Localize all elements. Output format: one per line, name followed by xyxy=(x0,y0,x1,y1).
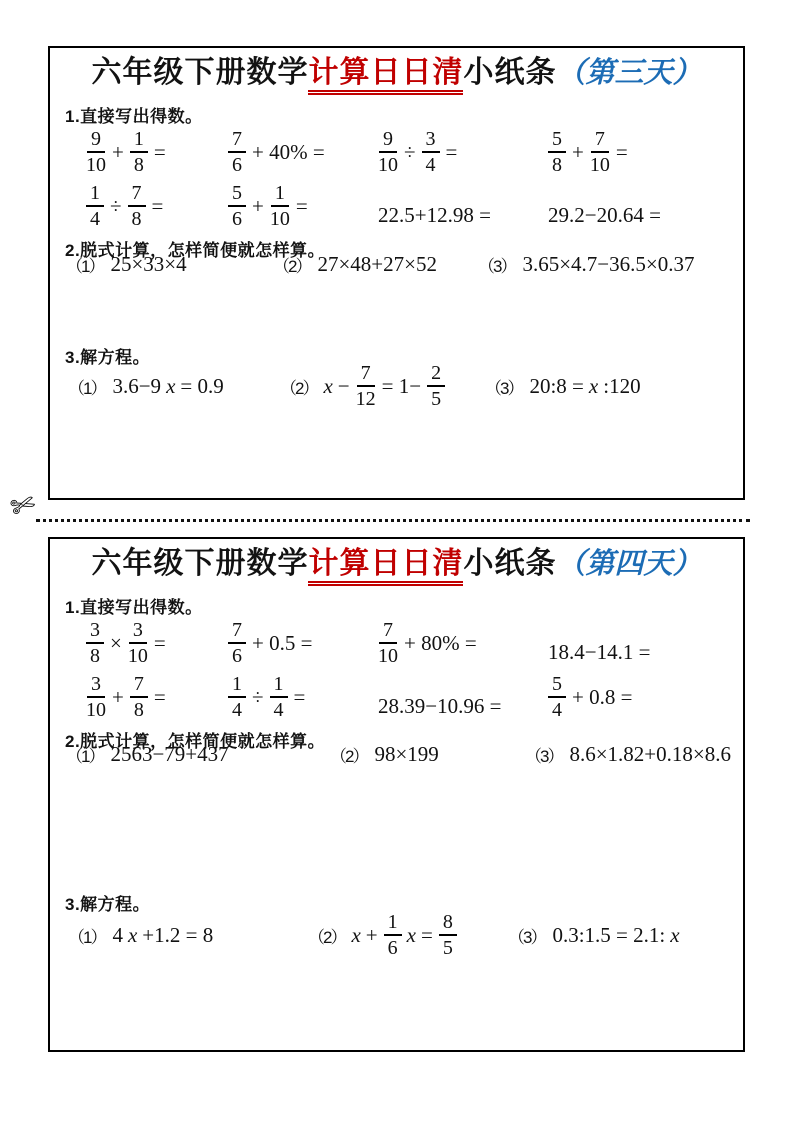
fraction-numerator: 9 xyxy=(379,128,397,153)
math-variable: x xyxy=(670,923,679,948)
title-highlight: 计算日日清 xyxy=(308,56,463,95)
math-text: :120 xyxy=(603,374,640,399)
fraction: 710 xyxy=(590,128,610,177)
fraction-denominator: 4 xyxy=(90,207,100,230)
oral-calc-row: 310+78=14÷14=28.39−10.96 =54+ 0.8 = xyxy=(83,670,739,724)
math-expression: 3.65×4.7−36.5×0.37 xyxy=(519,252,697,277)
math-text: = xyxy=(294,685,306,710)
oral-calc-item: 76+ 0.5 = xyxy=(225,619,375,668)
fraction: 910 xyxy=(378,128,398,177)
math-text: = xyxy=(154,140,166,165)
math-text: + xyxy=(366,923,378,948)
section1-label: 1.直接写出得数。 xyxy=(65,102,203,127)
numbered-problem: （1）2563−79+437 xyxy=(66,742,330,767)
math-text: + 0.8 = xyxy=(572,685,632,710)
problem-number: （2） xyxy=(330,742,367,767)
fraction-denominator: 10 xyxy=(378,153,398,176)
math-text: = xyxy=(154,631,166,656)
fraction-numerator: 3 xyxy=(87,673,105,698)
fraction: 18 xyxy=(130,128,148,177)
fraction-denominator: 10 xyxy=(128,644,148,667)
math-text: 8.6×1.82+0.18×8.6 xyxy=(569,742,731,767)
fraction: 310 xyxy=(128,619,148,668)
fraction-numerator: 1 xyxy=(271,182,289,207)
math-text: 29.2−20.64 = xyxy=(548,203,661,228)
fraction-denominator: 4 xyxy=(274,698,284,721)
math-expression: 910+18= xyxy=(83,128,169,177)
math-text: ÷ xyxy=(110,194,122,219)
fraction-numerator: 3 xyxy=(129,619,147,644)
math-text: = 1− xyxy=(382,374,421,399)
math-text: 0.3:1.5 = 2.1: xyxy=(552,923,665,948)
fraction-numerator: 8 xyxy=(439,911,457,936)
oral-calc-item: 710+ 80% = xyxy=(375,619,545,668)
problem-number: （3） xyxy=(478,252,515,277)
math-text: 25×33×4 xyxy=(110,252,186,277)
oral-calc-item: 22.5+12.98 = xyxy=(375,203,545,233)
numbered-problem: （1）25×33×4 xyxy=(66,252,273,277)
worksheet-title: 六年级下册数学计算日日清小纸条（第四天） xyxy=(50,546,743,582)
title-prefix: 六年级下册数学 xyxy=(91,547,308,580)
oral-calc-row: 910+18=76+ 40% =910÷34=58+710= xyxy=(83,125,739,179)
math-expression: 18.4−14.1 = xyxy=(545,640,653,665)
fraction-denominator: 10 xyxy=(378,644,398,667)
title-suffix: 小纸条 xyxy=(463,56,556,89)
fraction-denominator: 4 xyxy=(426,153,436,176)
math-text: = xyxy=(154,685,166,710)
fraction-numerator: 9 xyxy=(87,128,105,153)
fraction-denominator: 8 xyxy=(134,698,144,721)
fraction: 310 xyxy=(86,673,106,722)
math-text: + 0.5 = xyxy=(252,631,312,656)
math-expression: 20:8 =x:120 xyxy=(526,374,643,399)
title-day-label: （第四天） xyxy=(556,548,701,580)
fraction-denominator: 10 xyxy=(86,698,106,721)
written-calc-problems: （1）2563−79+437（2）98×199（3）8.6×1.82+0.18×… xyxy=(66,742,739,767)
oral-calc-item: 14÷78= xyxy=(83,182,225,231)
fraction: 14 xyxy=(270,673,288,722)
math-text: × xyxy=(110,631,122,656)
oral-calc-item: 76+ 40% = xyxy=(225,128,375,177)
math-text: ÷ xyxy=(404,140,416,165)
fraction-numerator: 7 xyxy=(128,182,146,207)
fraction-numerator: 7 xyxy=(379,619,397,644)
fraction-denominator: 10 xyxy=(86,153,106,176)
fraction-numerator: 3 xyxy=(86,619,104,644)
fraction-numerator: 5 xyxy=(548,128,566,153)
fraction-numerator: 5 xyxy=(228,182,246,207)
problem-number: （1） xyxy=(66,252,103,277)
math-expression: 54+ 0.8 = xyxy=(545,673,635,722)
numbered-problem: （3）3.65×4.7−36.5×0.37 xyxy=(478,252,739,277)
math-text: + xyxy=(112,140,124,165)
oral-calc-item: 14÷14= xyxy=(225,673,375,722)
math-variable: x xyxy=(589,374,598,399)
fraction-numerator: 7 xyxy=(130,673,148,698)
problem-number: （3） xyxy=(525,742,562,767)
math-expression: 14÷14= xyxy=(225,673,308,722)
math-text: + 80% = xyxy=(404,631,477,656)
problem-number: （3） xyxy=(508,923,545,948)
fraction: 85 xyxy=(439,911,457,960)
numbered-problem: （2）x−712= 1−25 xyxy=(280,362,485,411)
fraction: 34 xyxy=(422,128,440,177)
fraction: 54 xyxy=(548,673,566,722)
math-text: 2563−79+437 xyxy=(110,742,228,767)
math-variable: x xyxy=(407,923,416,948)
fraction: 712 xyxy=(356,362,376,411)
fraction-denominator: 10 xyxy=(270,207,290,230)
fraction-numerator: 7 xyxy=(228,128,246,153)
math-text: = xyxy=(446,140,458,165)
fraction-numerator: 7 xyxy=(228,619,246,644)
problem-number: （1） xyxy=(66,742,103,767)
worksheet-title: 六年级下册数学计算日日清小纸条（第三天） xyxy=(50,55,743,91)
oral-calc-item: 28.39−10.96 = xyxy=(375,694,545,724)
math-expression: 76+ 40% = xyxy=(225,128,328,177)
fraction-denominator: 4 xyxy=(552,698,562,721)
numbered-problem: （3）20:8 =x:120 xyxy=(485,374,739,399)
title-suffix: 小纸条 xyxy=(463,547,556,580)
math-text: + xyxy=(572,140,584,165)
fraction-denominator: 6 xyxy=(232,644,242,667)
oral-calc-item: 58+710= xyxy=(545,128,739,177)
section1-label: 1.直接写出得数。 xyxy=(65,593,203,618)
fraction-numerator: 5 xyxy=(548,673,566,698)
scissors-icon: ✄ xyxy=(7,489,39,524)
math-text: 20:8 = xyxy=(529,374,583,399)
oral-calc-item: 910÷34= xyxy=(375,128,545,177)
math-text: 98×199 xyxy=(374,742,438,767)
math-expression: 8.6×1.82+0.18×8.6 xyxy=(566,742,734,767)
fraction: 58 xyxy=(548,128,566,177)
math-text: = xyxy=(616,140,628,165)
math-expression: 27×48+27×52 xyxy=(314,252,440,277)
numbered-problem: （3）8.6×1.82+0.18×8.6 xyxy=(525,742,739,767)
math-expression: 14÷78= xyxy=(83,182,166,231)
numbered-problem: （2）27×48+27×52 xyxy=(273,252,478,277)
fraction-denominator: 10 xyxy=(590,153,610,176)
fraction-numerator: 1 xyxy=(270,673,288,698)
math-text: − xyxy=(338,374,350,399)
fraction-denominator: 4 xyxy=(232,698,242,721)
math-expression: 28.39−10.96 = xyxy=(375,694,504,719)
math-text: 28.39−10.96 = xyxy=(378,694,501,719)
math-text: +1.2 = 8 xyxy=(142,923,213,948)
math-text: + 40% = xyxy=(252,140,325,165)
math-text: + xyxy=(252,194,264,219)
worksheet-page: 六年级下册数学计算日日清小纸条（第三天） 1.直接写出得数。 910+18=76… xyxy=(0,0,793,1122)
fraction-numerator: 7 xyxy=(591,128,609,153)
math-expression: 4x+1.2 = 8 xyxy=(109,923,216,948)
oral-calc-item: 29.2−20.64 = xyxy=(545,203,739,233)
fraction-numerator: 2 xyxy=(427,362,445,387)
fraction-denominator: 5 xyxy=(443,936,453,959)
math-expression: 25×33×4 xyxy=(107,252,189,277)
problem-number: （2） xyxy=(280,374,317,399)
equation-problems: （1）4x+1.2 = 8（2）x+16x=85（3）0.3:1.5 = 2.1… xyxy=(68,905,739,965)
oral-calc-item: 910+18= xyxy=(83,128,225,177)
problem-number: （3） xyxy=(485,374,522,399)
fraction-numerator: 1 xyxy=(228,673,246,698)
math-expression: 29.2−20.64 = xyxy=(545,203,664,228)
math-text: = xyxy=(421,923,433,948)
fraction-denominator: 8 xyxy=(552,153,562,176)
fraction: 14 xyxy=(86,182,104,231)
math-expression: 2563−79+437 xyxy=(107,742,231,767)
math-expression: 710+ 80% = xyxy=(375,619,480,668)
numbered-problem: （2）98×199 xyxy=(330,742,525,767)
problem-number: （1） xyxy=(68,374,105,399)
math-expression: 38×310= xyxy=(83,619,169,668)
fraction-numerator: 1 xyxy=(384,911,402,936)
math-text: = 0.9 xyxy=(180,374,223,399)
fraction: 38 xyxy=(86,619,104,668)
problem-number: （2） xyxy=(308,923,345,948)
math-expression: 58+710= xyxy=(545,128,631,177)
fraction: 110 xyxy=(270,182,290,231)
fraction: 14 xyxy=(228,673,246,722)
fraction-denominator: 8 xyxy=(132,207,142,230)
fraction-numerator: 1 xyxy=(86,182,104,207)
math-expression: 910÷34= xyxy=(375,128,460,177)
worksheet-card-day4: 六年级下册数学计算日日清小纸条（第四天） 1.直接写出得数。 38×310=76… xyxy=(48,537,745,1052)
oral-calc-row: 38×310=76+ 0.5 =710+ 80% =18.4−14.1 = xyxy=(83,616,739,670)
math-text: + xyxy=(112,685,124,710)
math-expression: x+16x=85 xyxy=(349,911,459,960)
math-variable: x xyxy=(128,923,137,948)
equation-problems: （1）3.6−9x= 0.9（2）x−712= 1−25（3）20:8 =x:1… xyxy=(68,358,739,414)
fraction: 78 xyxy=(128,182,146,231)
math-expression: 56+110= xyxy=(225,182,311,231)
title-highlight: 计算日日清 xyxy=(308,547,463,586)
math-text: = xyxy=(152,194,164,219)
cut-divider: ✄ xyxy=(0,494,793,534)
oral-calc-item: 38×310= xyxy=(83,619,225,668)
fraction: 76 xyxy=(228,128,246,177)
math-text: 18.4−14.1 = xyxy=(548,640,650,665)
fraction-denominator: 6 xyxy=(232,207,242,230)
fraction-numerator: 3 xyxy=(422,128,440,153)
math-text: 22.5+12.98 = xyxy=(378,203,491,228)
fraction: 76 xyxy=(228,619,246,668)
math-expression: 98×199 xyxy=(371,742,441,767)
numbered-problem: （1）4x+1.2 = 8 xyxy=(68,923,308,948)
title-day-label: （第三天） xyxy=(556,57,701,89)
math-expression: x−712= 1−25 xyxy=(321,362,448,411)
fraction-numerator: 7 xyxy=(357,362,375,387)
fraction-denominator: 12 xyxy=(356,387,376,410)
math-expression: 3.6−9x= 0.9 xyxy=(109,374,226,399)
written-calc-problems: （1）25×33×4（2）27×48+27×52（3）3.65×4.7−36.5… xyxy=(66,252,739,277)
fraction: 16 xyxy=(384,911,402,960)
numbered-problem: （2）x+16x=85 xyxy=(308,911,508,960)
fraction-denominator: 6 xyxy=(232,153,242,176)
math-variable: x xyxy=(166,374,175,399)
dotted-cut-line xyxy=(36,519,750,522)
math-expression: 0.3:1.5 = 2.1:x xyxy=(549,923,681,948)
oral-calc-item: 310+78= xyxy=(83,673,225,722)
fraction: 78 xyxy=(130,673,148,722)
fraction: 910 xyxy=(86,128,106,177)
oral-calc-item: 18.4−14.1 = xyxy=(545,640,739,670)
math-text: 3.65×4.7−36.5×0.37 xyxy=(522,252,694,277)
math-expression: 76+ 0.5 = xyxy=(225,619,315,668)
fraction-denominator: 5 xyxy=(431,387,441,410)
math-variable: x xyxy=(323,374,332,399)
math-text: = xyxy=(296,194,308,219)
oral-calc-item: 54+ 0.8 = xyxy=(545,673,739,722)
problem-number: （1） xyxy=(68,923,105,948)
math-text: 3.6−9 xyxy=(112,374,161,399)
numbered-problem: （1）3.6−9x= 0.9 xyxy=(68,374,280,399)
math-text: 27×48+27×52 xyxy=(317,252,437,277)
fraction: 56 xyxy=(228,182,246,231)
math-variable: x xyxy=(351,923,360,948)
fraction-denominator: 8 xyxy=(90,644,100,667)
problem-number: （2） xyxy=(273,252,310,277)
oral-calc-row: 14÷78=56+110=22.5+12.98 =29.2−20.64 = xyxy=(83,179,739,233)
numbered-problem: （3）0.3:1.5 = 2.1:x xyxy=(508,923,739,948)
title-prefix: 六年级下册数学 xyxy=(91,56,308,89)
fraction: 710 xyxy=(378,619,398,668)
fraction-numerator: 1 xyxy=(130,128,148,153)
worksheet-card-day3: 六年级下册数学计算日日清小纸条（第三天） 1.直接写出得数。 910+18=76… xyxy=(48,46,745,500)
fraction: 25 xyxy=(427,362,445,411)
math-expression: 310+78= xyxy=(83,673,169,722)
math-expression: 22.5+12.98 = xyxy=(375,203,494,228)
fraction-denominator: 8 xyxy=(134,153,144,176)
math-text: 4 xyxy=(112,923,123,948)
math-text: ÷ xyxy=(252,685,264,710)
oral-calc-item: 56+110= xyxy=(225,182,375,231)
fraction-denominator: 6 xyxy=(388,936,398,959)
